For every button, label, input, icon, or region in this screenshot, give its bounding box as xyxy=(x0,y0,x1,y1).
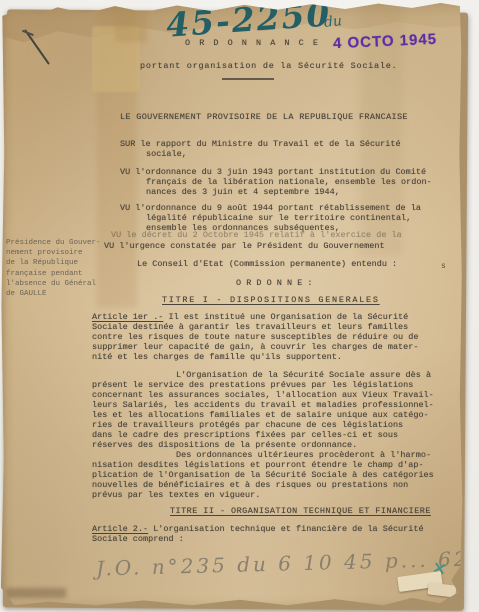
article-2-paragraph: Article 2.- L'organisation technique et … xyxy=(92,524,444,544)
article-1-paragraph: Article 1er .- Il est institué une Organ… xyxy=(92,312,444,362)
handwritten-journal-reference: J.O. n°235 du 6 10 45 p... 6280 xyxy=(96,548,437,581)
bottom-edge-shadow xyxy=(6,588,66,598)
preamble-conseil-etat: Le Conseil d'Etat (Commission permanente… xyxy=(137,259,397,269)
margin-note-presidence: Présidence du Gouver- nement provisoire … xyxy=(6,238,108,299)
subject-underline xyxy=(222,78,274,80)
preamble-government-line: LE GOUVERNEMENT PROVISOIRE DE LA REPUBLI… xyxy=(120,112,408,122)
corner-tear-small xyxy=(427,582,456,597)
preamble-vu-urgence: VU l'urgence constatée par le Président … xyxy=(104,241,449,251)
preamble-vu-1943: VU l'ordonnance du 3 juin 1943 portant i… xyxy=(120,167,476,197)
preamble-vu-1944: VU l'ordonnance du 9 août 1944 portant r… xyxy=(120,203,476,233)
tape-remnant-top xyxy=(115,0,147,42)
document-subject: portant organisation de la Sécurité Soci… xyxy=(140,61,397,71)
document-kind-heading: O R D O N N A N C E xyxy=(185,38,320,48)
preamble-vu-decret: VU le décret du 2 Octobre 1945 relatif à… xyxy=(111,230,456,240)
edge-annotation: s xyxy=(441,262,446,271)
article-1-paragraph-3: Des ordonnances ultérieures procèderont … xyxy=(92,450,448,500)
titre-1-heading: TITRE I - DISPOSITIONS GENERALES xyxy=(162,295,380,305)
document-page: 45-2250 du O R D O N N A N C E 4 OCTO 19… xyxy=(0,0,479,612)
article-1-paragraph-2: L'Organisation de la Sécurité Sociale as… xyxy=(92,370,448,450)
article-1-label: Article 1er .- xyxy=(92,312,163,322)
ordonne-heading: O R D O N N E : xyxy=(236,278,313,288)
titre-2-heading: TITRE II - ORGANISATION TECHNIQUE ET FIN… xyxy=(170,506,431,516)
handwritten-du: du xyxy=(323,13,343,31)
scanned-document: 45-2250 du O R D O N N A N C E 4 OCTO 19… xyxy=(0,0,479,612)
date-stamp: 4 OCTO 1945 xyxy=(333,31,438,53)
preamble-sur: SUR le rapport du Ministre du Travail et… xyxy=(120,139,476,159)
article-2-label: Article 2.- xyxy=(92,524,148,534)
